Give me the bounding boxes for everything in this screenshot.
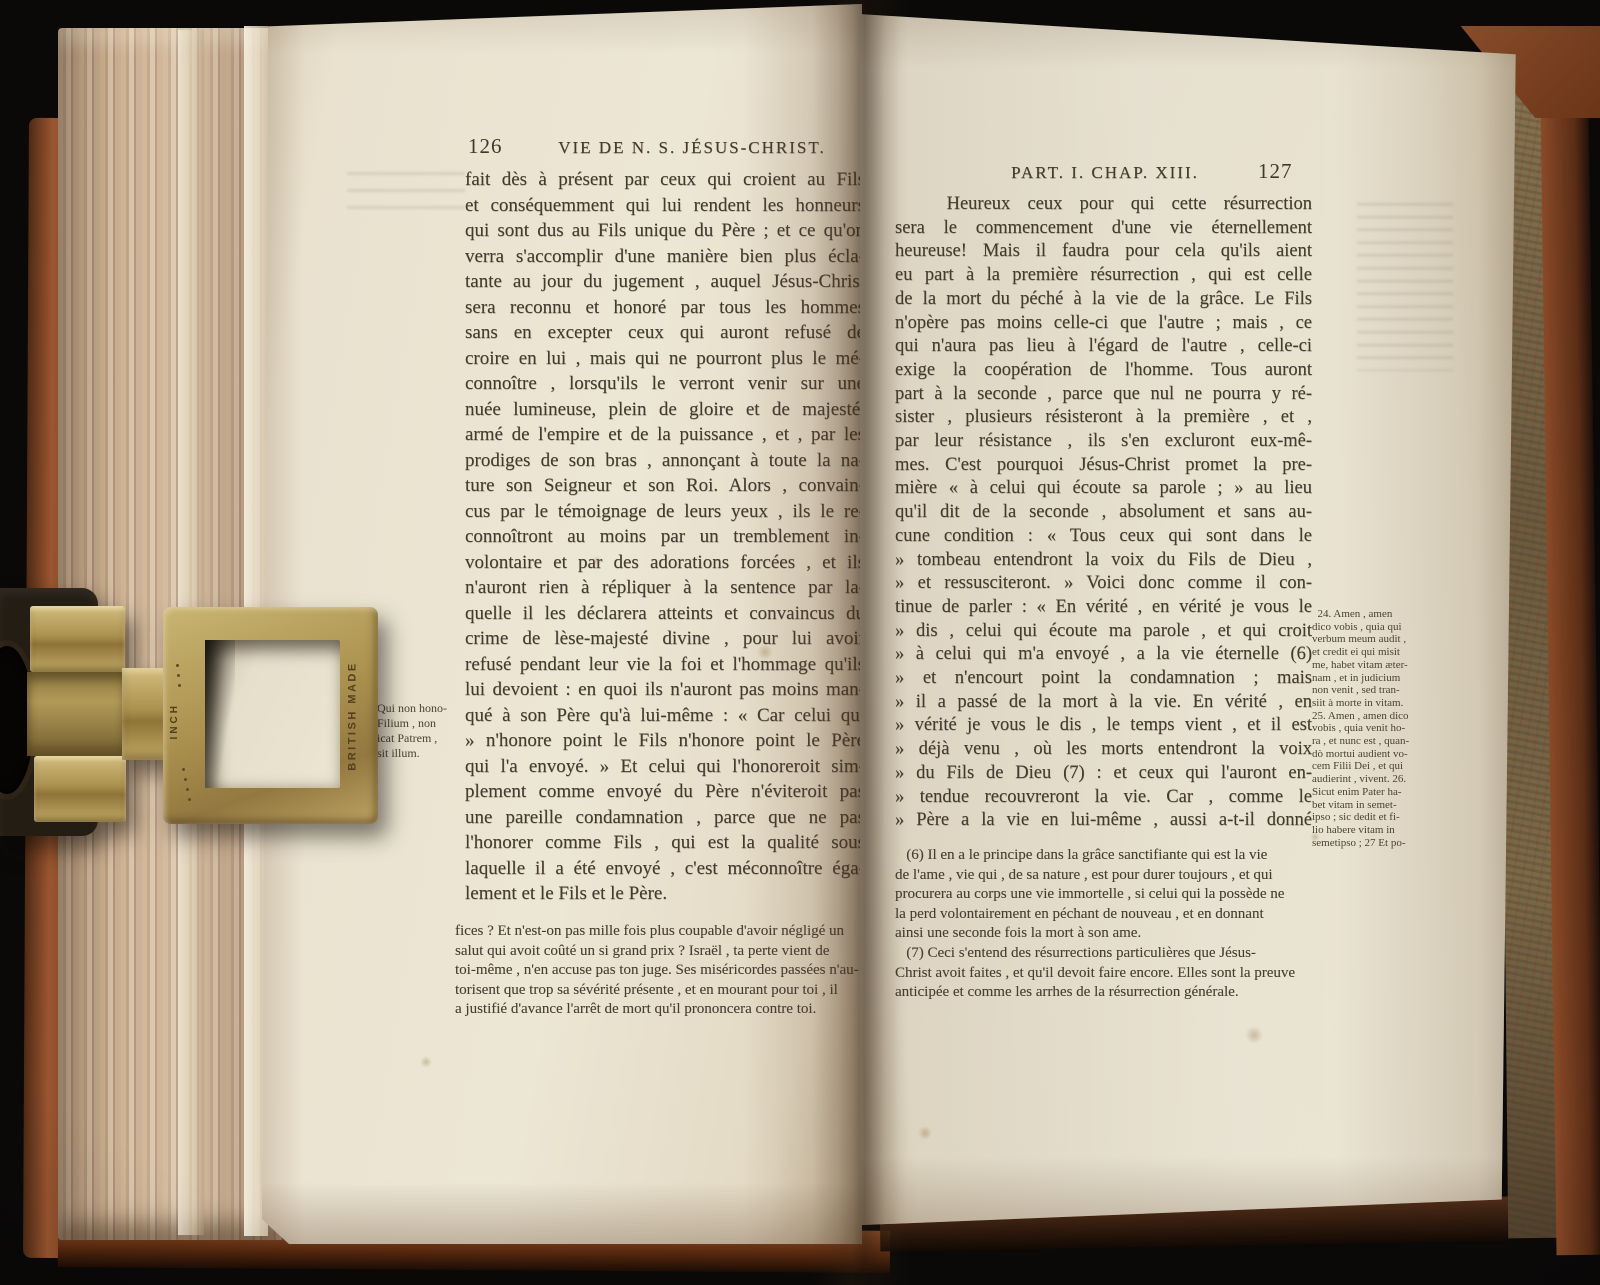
right-page: PART. I. CHAP. XIII. 127 Heureux ceux po… xyxy=(860,8,1525,1230)
inch-stamp: INCH xyxy=(155,686,193,756)
brass-clasp: BRITISH MADE INCH xyxy=(0,578,400,848)
clasp-hinge xyxy=(34,756,126,822)
inch-scale-dots xyxy=(176,664,179,667)
clasp-frame-opening xyxy=(205,640,340,788)
british-made-stamp: BRITISH MADE xyxy=(331,607,375,824)
clasp-inner-bevel xyxy=(205,640,235,788)
gutter-shadow xyxy=(812,0,908,1285)
inch-stamp-text: INCH xyxy=(169,703,180,739)
book-photo: 126 VIE DE N. S. JÉSUS-CHRIST. fait dès … xyxy=(0,0,1600,1285)
british-made-stamp-text: BRITISH MADE xyxy=(347,661,359,770)
page-shading xyxy=(860,8,1525,1230)
clasp-hinge xyxy=(27,672,126,756)
clasp-frame: BRITISH MADE xyxy=(163,607,378,824)
clasp-hinge xyxy=(30,606,125,672)
inch-scale-dots xyxy=(182,768,185,771)
